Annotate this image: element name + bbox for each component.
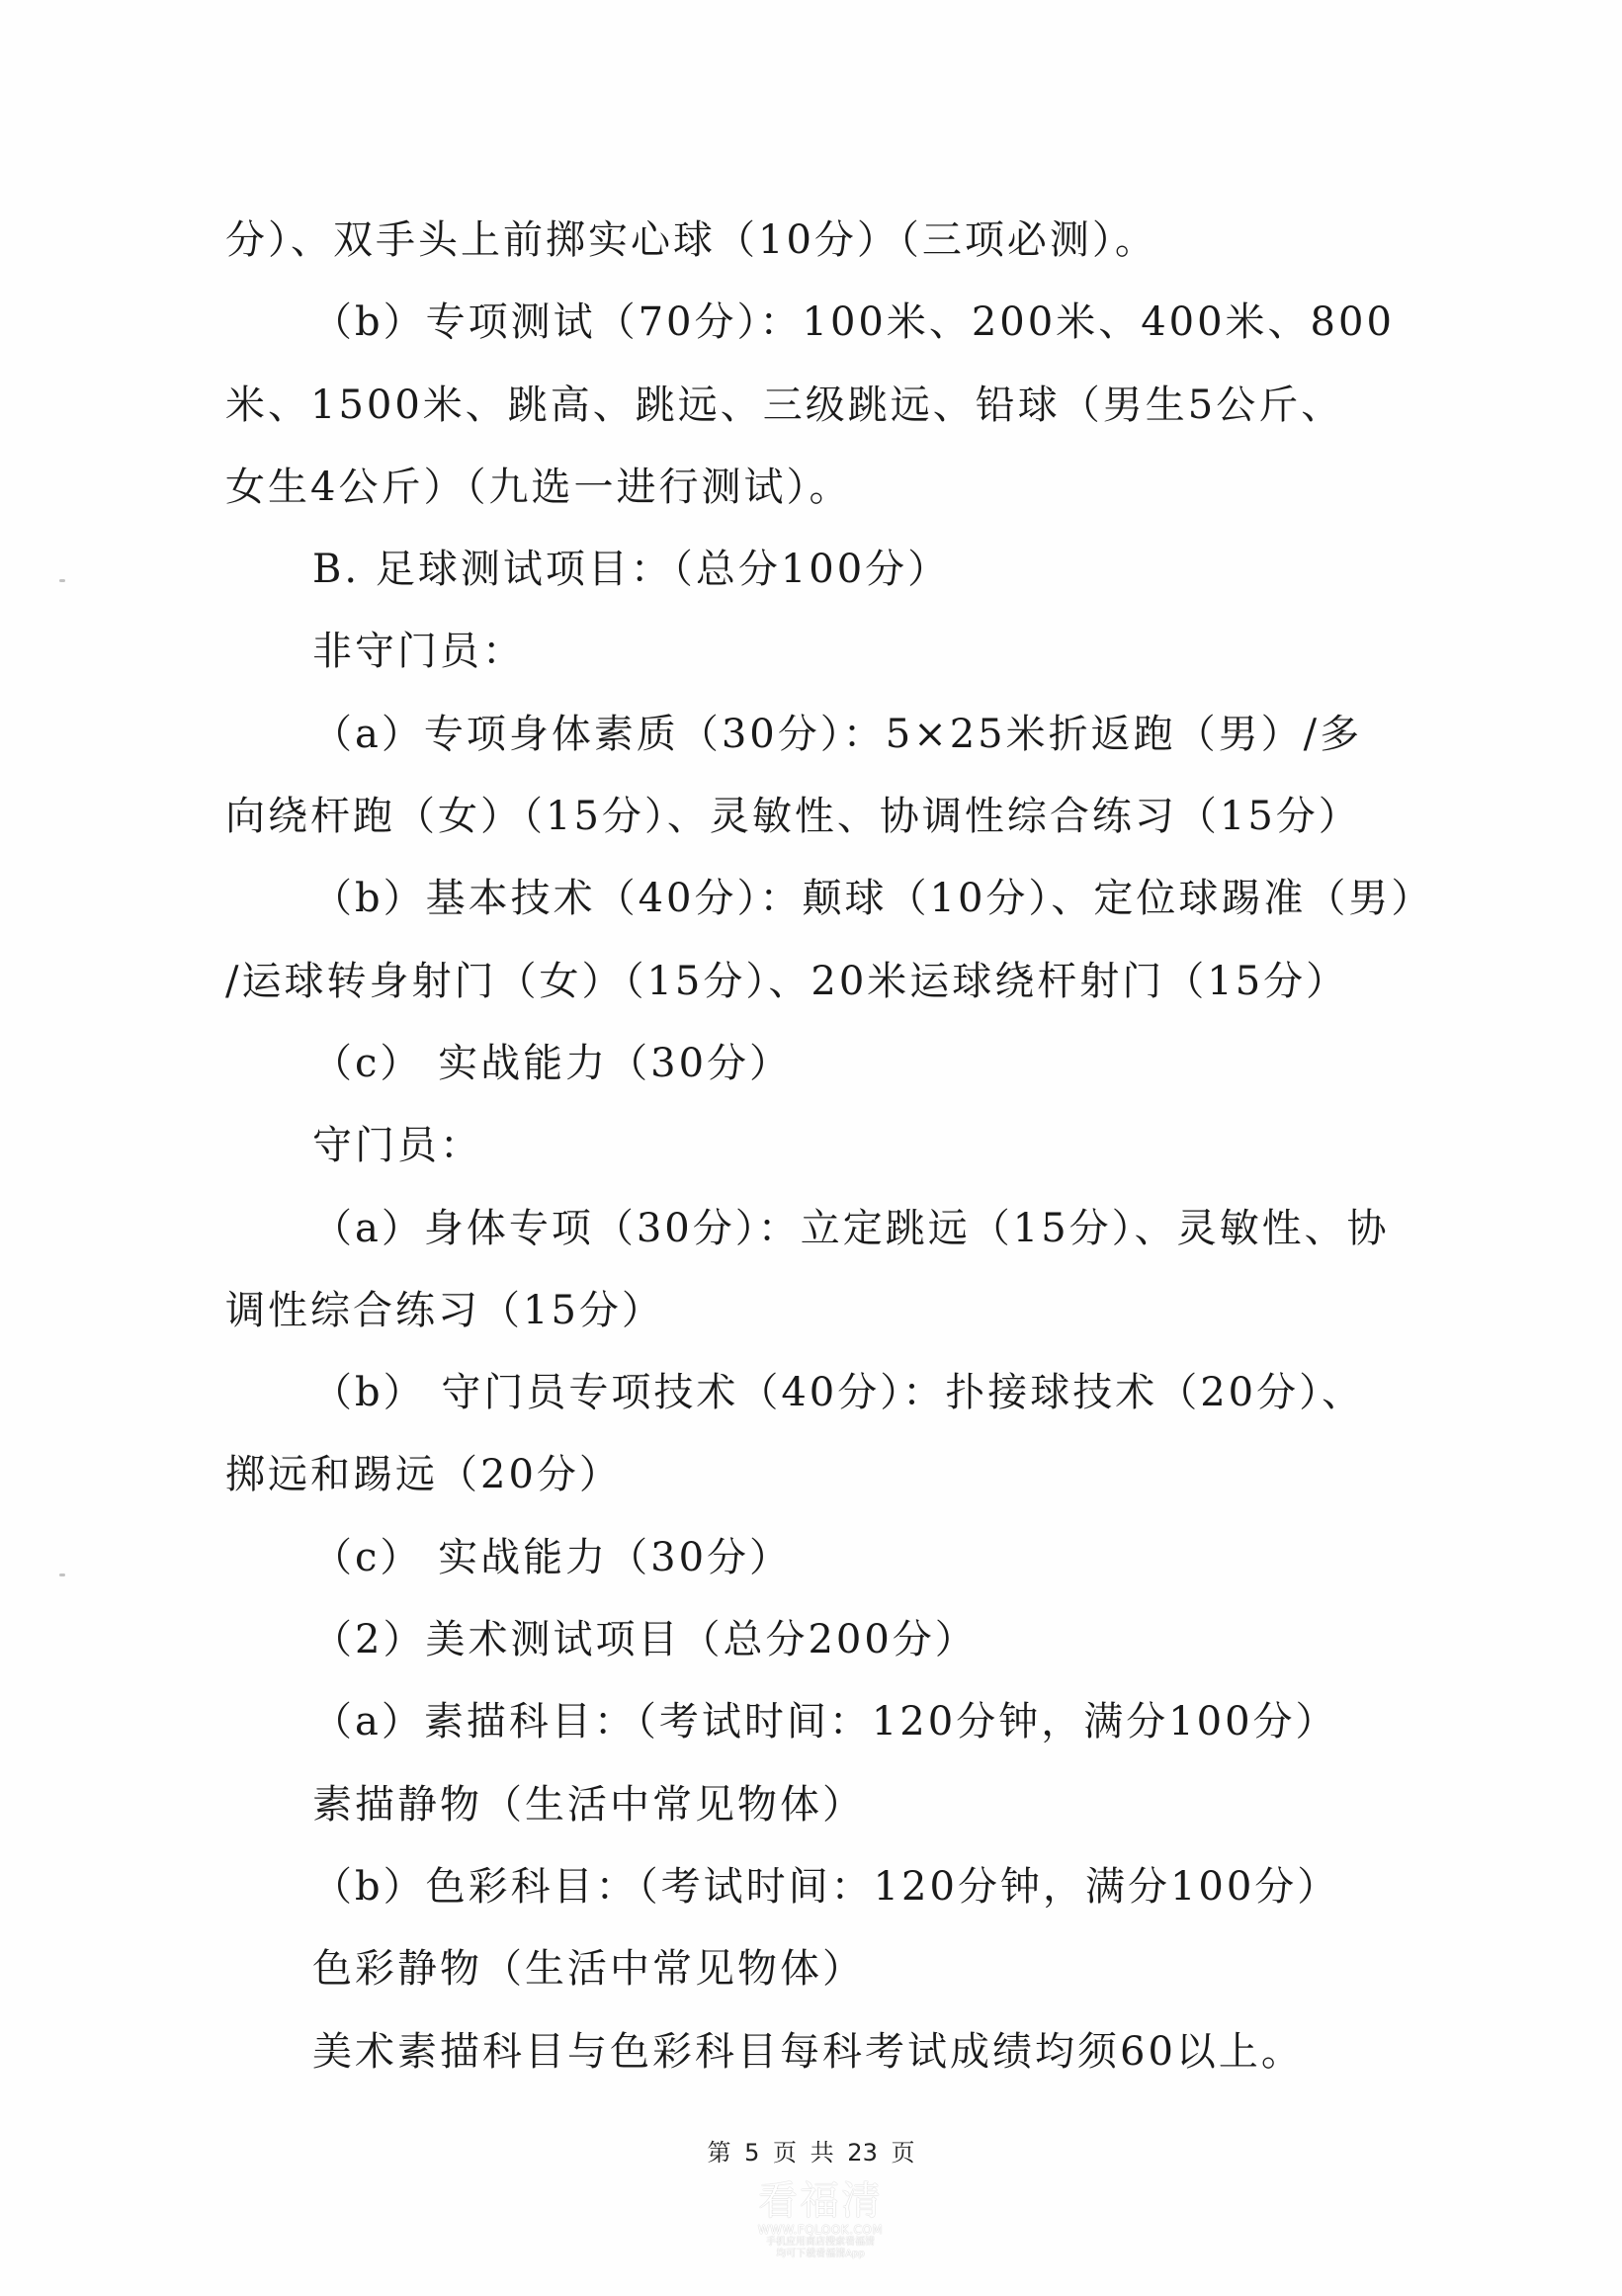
- watermark-url: WWW.FQLOOK.COM: [741, 2223, 899, 2237]
- text-line: （c） 实战能力（30分）: [225, 1029, 1402, 1111]
- subsection-heading: 守门员：: [225, 1111, 1402, 1193]
- text-line: 美术素描科目与色彩科目每科考试成绩均须60以上。: [225, 2017, 1402, 2099]
- text-line: 调性综合练习（15分）: [225, 1276, 1402, 1358]
- text-line: （b）基本技术（40分）：颠球（10分）、定位球踢准（男）: [225, 864, 1402, 946]
- document-body: 分）、双手头上前掷实心球（10分）（三项必测）。 （b）专项测试（70分）：10…: [225, 206, 1402, 2099]
- section-heading: B. 足球测试项目：（总分100分）: [225, 535, 1402, 617]
- scan-punch-mark: [59, 579, 65, 582]
- watermark-logo-text: 看福清: [741, 2179, 899, 2223]
- section-heading: （2）美术测试项目（总分200分）: [225, 1605, 1402, 1687]
- text-line: （c） 实战能力（30分）: [225, 1523, 1402, 1605]
- text-line: （b）色彩科目：（考试时间：120分钟，满分100分）: [225, 1852, 1402, 1934]
- document-page: 分）、双手头上前掷实心球（10分）（三项必测）。 （b）专项测试（70分）：10…: [0, 0, 1622, 2296]
- text-line: /运球转身射门（女）（15分）、20米运球绕杆射门（15分）: [225, 947, 1402, 1029]
- text-line: 米、1500米、跳高、跳远、三级跳远、铅球（男生5公斤、: [225, 371, 1402, 453]
- text-line: （a）素描科目：（考试时间：120分钟，满分100分）: [225, 1687, 1402, 1769]
- text-line: 色彩静物（生活中常见物体）: [225, 1934, 1402, 2016]
- scan-punch-mark: [59, 1573, 65, 1576]
- page-number: 第 5 页 共 23 页: [0, 2133, 1622, 2168]
- text-line: （a）身体专项（30分）：立定跳远（15分）、灵敏性、协: [225, 1194, 1402, 1276]
- watermark-line: 均可下载看福清App: [741, 2249, 899, 2260]
- text-line: 掷远和踢远（20分）: [225, 1440, 1402, 1522]
- text-line: 向绕杆跑（女）（15分）、灵敏性、协调性综合练习（15分）: [225, 782, 1402, 864]
- text-line: 女生4公斤）（九选一进行测试）。: [225, 453, 1402, 535]
- watermark-line: 手机应用商店搜索看福清: [741, 2237, 899, 2249]
- watermark: 看福清 WWW.FQLOOK.COM 手机应用商店搜索看福清 均可下载看福清Ap…: [741, 2179, 899, 2260]
- text-line: （a）专项身体素质（30分）：5×25米折返跑（男）/多: [225, 700, 1402, 782]
- text-line: 分）、双手头上前掷实心球（10分）（三项必测）。: [225, 206, 1402, 288]
- text-line: （b）专项测试（70分）：100米、200米、400米、800: [225, 288, 1402, 370]
- text-line: 素描静物（生活中常见物体）: [225, 1770, 1402, 1852]
- text-line: （b） 守门员专项技术（40分）：扑接球技术（20分）、: [225, 1358, 1402, 1440]
- subsection-heading: 非守门员：: [225, 617, 1402, 699]
